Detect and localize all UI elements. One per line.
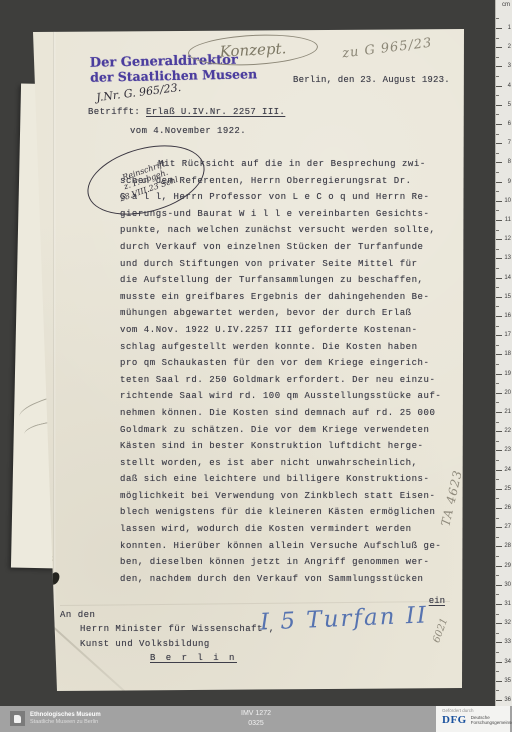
subject-line: Betrifft: Erlaß U.IV.Nr. 2257 III. <box>88 107 285 117</box>
ruler-tick <box>496 57 499 58</box>
ruler-tick-label: 36 <box>504 697 511 703</box>
subject-label: Betrifft: <box>88 107 146 117</box>
address-line: An den <box>60 608 275 622</box>
ruler-tick <box>496 412 502 413</box>
ruler-tick <box>496 114 499 115</box>
ruler-tick-label: 8 <box>508 159 511 165</box>
ruler-tick-label: 28 <box>504 543 511 549</box>
ruler-tick-label: 4 <box>508 83 511 89</box>
ruler-tick <box>496 134 499 135</box>
typed-line: ben, dieselben können jetzt in Angriff g… <box>120 554 450 571</box>
ruler-tick <box>496 402 499 403</box>
ruler-tick <box>496 86 502 87</box>
ruler-tick <box>496 614 499 615</box>
ruler-tick <box>496 383 499 384</box>
ruler-tick-label: 32 <box>504 620 511 626</box>
ruler-tick <box>496 662 502 663</box>
ruler-tick <box>496 239 502 240</box>
ruler-tick <box>496 498 499 499</box>
paper-hole <box>48 571 62 587</box>
ruler-tick-label: 14 <box>504 275 511 281</box>
ruler-tick <box>496 306 499 307</box>
ruler-tick <box>496 556 499 557</box>
typed-line: blech wenigstens für die kleineren Käste… <box>120 504 450 521</box>
address-line: Herrn Minister für Wissenschaft-, <box>80 622 275 637</box>
typed-line: schen dem Referenten, Herrn Oberregierun… <box>120 173 450 190</box>
ruler-tick <box>496 393 502 394</box>
ruler-tick <box>496 566 502 567</box>
ruler-tick <box>496 671 499 672</box>
typed-line: gierungs-und Baurat W i l l e vereinbart… <box>120 206 450 223</box>
ruler-tick <box>496 162 502 163</box>
typed-line: stellt worden, es ist aber nicht unwahrs… <box>120 455 450 472</box>
ruler-tick-label: 33 <box>504 639 511 645</box>
ruler-tick-label: 16 <box>504 313 511 319</box>
ruler-tick-label: 21 <box>504 409 511 415</box>
dfg-logo: DFG <box>442 714 467 726</box>
ruler-tick <box>496 518 499 519</box>
ruler-tick <box>496 153 499 154</box>
ruler-tick-label: 19 <box>504 371 511 377</box>
ruler-tick <box>496 489 502 490</box>
ruler-tick <box>496 220 502 221</box>
address-line: Kunst und Volksbildung <box>80 637 275 652</box>
dfg-credit-panel: Gefördert durch DFG Deutsche Forschungsg… <box>436 706 510 732</box>
date-line: Berlin, den 23. August 1923. <box>293 75 450 85</box>
address-block: An den Herrn Minister für Wissenschaft-,… <box>58 608 275 665</box>
typed-line: durch Verkauf von einzelnen Stücken der … <box>120 239 450 256</box>
ruler-unit-label: cm <box>502 2 510 8</box>
ruler-tick <box>496 316 502 317</box>
shelfmark-page: 0325 <box>241 719 271 729</box>
ruler-tick-label: 18 <box>504 351 511 357</box>
ruler-tick <box>496 297 502 298</box>
typed-line: daß sich eine leichtere und billigere Ko… <box>120 471 450 488</box>
typed-line: lassen wird, wodurch die Kosten verminde… <box>120 521 450 538</box>
ruler-tick-label: 30 <box>504 582 511 588</box>
address-city: B e r l i n <box>150 651 275 665</box>
ruler-tick <box>496 546 502 547</box>
typed-line: konnten. Hierüber können allein Versuche… <box>120 538 450 555</box>
ruler-tick-label: 31 <box>504 601 511 607</box>
ruler-tick <box>496 105 502 106</box>
ruler-tick <box>496 47 502 48</box>
ruler-tick-label: 9 <box>508 179 511 185</box>
ruler-tick <box>496 278 502 279</box>
typed-line: die Aufstellung der Turfansammlungen zu … <box>120 272 450 289</box>
ruler-tick <box>496 479 499 480</box>
typed-line: den, nachdem durch den Verkauf von Samml… <box>120 571 450 588</box>
ruler-tick <box>496 450 502 451</box>
shelfmark: IMV 1272 0325 <box>241 709 271 729</box>
typed-line: richtende Saal wird rd. 100 qm Ausstellu… <box>120 388 450 405</box>
subject-line2: vom 4.November 1922. <box>130 126 246 136</box>
ruler-tick <box>496 470 502 471</box>
ruler-tick <box>496 700 502 701</box>
ruler-tick-label: 29 <box>504 563 511 569</box>
blue-pencil-annotation: I 5 Turfan II <box>260 602 429 635</box>
typed-line: Kästen sind in bester Konstruktion luftd… <box>120 438 450 455</box>
ruler-tick <box>496 374 502 375</box>
ruler-tick <box>496 268 499 269</box>
scan-ruler: cm 1234567891011121314151617181920212223… <box>495 0 512 732</box>
archive-footer-bar: Ethnologisches Museum Staatliche Museen … <box>0 706 512 732</box>
ruler-tick <box>496 76 499 77</box>
ruler-tick-label: 10 <box>504 198 511 204</box>
ruler-tick <box>496 345 499 346</box>
ruler-tick <box>496 354 502 355</box>
ruler-tick-label: 17 <box>504 332 511 338</box>
ruler-tick <box>496 201 502 202</box>
ruler-tick <box>496 585 502 586</box>
ruler-tick <box>496 594 499 595</box>
ruler-tick <box>496 124 502 125</box>
ruler-tick-label: 1 <box>508 25 511 31</box>
page-crease <box>53 29 56 691</box>
ruler-tick-label: 22 <box>504 428 511 434</box>
museum-logo-icon <box>10 711 25 726</box>
shelfmark-id: IMV 1272 <box>241 709 271 719</box>
ruler-tick-label: 5 <box>508 102 511 108</box>
typed-line: und durch Stiftungen von privater Seite … <box>120 256 450 273</box>
typed-line: nehmen können. Die Kosten sind demnach a… <box>120 405 450 422</box>
typed-line: Mit Rücksicht auf die in der Besprechung… <box>120 156 450 173</box>
typed-body: Mit Rücksicht auf die in der Besprechung… <box>120 156 450 587</box>
typed-line: schlag aufgestellt werden konnte. Die Ko… <box>120 339 450 356</box>
typed-line: G a l l, Herrn Professor von L e C o q u… <box>120 189 450 206</box>
ruler-tick <box>496 633 499 634</box>
ruler-tick <box>496 172 499 173</box>
typed-line: möglichkeit bei Verwendung von Zinkblech… <box>120 488 450 505</box>
ruler-tick-label: 2 <box>508 44 511 50</box>
ruler-tick <box>496 642 502 643</box>
ruler-tick <box>496 623 502 624</box>
ruler-tick <box>496 28 502 29</box>
scan-view: { "scan": { "ruler": { "unit": "cm", "ma… <box>0 0 512 732</box>
ruler-tick-label: 27 <box>504 524 511 530</box>
typed-line: teten Saal rd. 250 Goldmark erfordert. D… <box>120 372 450 389</box>
ruler-tick <box>496 182 502 183</box>
ruler-tick <box>496 18 499 19</box>
ruler-tick <box>496 287 499 288</box>
ruler-tick <box>496 364 499 365</box>
ruler-tick-label: 13 <box>504 255 511 261</box>
ruler-tick-label: 15 <box>504 294 511 300</box>
ruler-tick <box>496 249 499 250</box>
museum-identity: Ethnologisches Museum Staatliche Museen … <box>10 711 101 726</box>
typed-line: mühungen abgewartet werden, bevor der du… <box>120 305 450 322</box>
typed-line: musste ein greifbares Ergebnis der dahin… <box>120 289 450 306</box>
ruler-tick-label: 20 <box>504 390 511 396</box>
museum-parent: Staatliche Museen zu Berlin <box>30 719 101 726</box>
document-page: Der Generaldirektor der Staatlichen Muse… <box>30 29 464 691</box>
museum-name: Ethnologisches Museum <box>30 712 101 719</box>
typed-line: pro qm Schaukasten für den vor dem Krieg… <box>120 355 450 372</box>
ruler-tick <box>496 143 502 144</box>
funded-by-label: Gefördert durch <box>442 708 474 713</box>
ruler-tick <box>496 258 502 259</box>
typed-line: vom 4.Nov. 1922 U.IV.2257 III geforderte… <box>120 322 450 339</box>
ruler-tick <box>496 191 499 192</box>
ruler-tick <box>496 460 499 461</box>
ruler-tick-label: 12 <box>504 236 511 242</box>
ruler-tick <box>496 575 499 576</box>
ruler-tick <box>496 230 499 231</box>
ruler-tick <box>496 681 502 682</box>
ruler-tick-label: 11 <box>505 217 511 223</box>
ruler-tick <box>496 95 499 96</box>
ruler-tick <box>496 66 502 67</box>
ruler-tick-label: 3 <box>508 63 511 69</box>
ruler-tick <box>496 38 499 39</box>
ruler-tick <box>496 335 502 336</box>
typed-line: Goldmark zu schätzen. Die vor dem Kriege… <box>120 422 450 439</box>
ruler-tick-label: 7 <box>508 140 511 146</box>
ruler-tick-label: 34 <box>504 659 511 665</box>
ruler-tick-label: 35 <box>504 678 511 684</box>
ruler-tick-label: 25 <box>504 486 511 492</box>
konzept-annotation: Konzept. <box>187 32 318 69</box>
ruler-tick <box>496 431 502 432</box>
ruler-tick <box>496 537 499 538</box>
ruler-tick-label: 24 <box>504 467 511 473</box>
ruler-tick <box>496 441 499 442</box>
ruler-tick <box>496 652 499 653</box>
typed-line: punkte, nach welchen zunächst versucht w… <box>120 222 450 239</box>
ruler-tick-label: 26 <box>504 505 511 511</box>
ruler-tick <box>496 326 499 327</box>
margin-number-note: 6021 <box>431 617 450 645</box>
ruler-tick <box>496 690 499 691</box>
ruler-tick <box>496 210 499 211</box>
subject-reference: Erlaß U.IV.Nr. 2257 III. <box>146 107 285 117</box>
ruler-tick <box>496 604 502 605</box>
ruler-tick <box>496 508 502 509</box>
file-ref-annotation: zu G 965/23 <box>341 36 433 62</box>
ruler-tick-label: 23 <box>504 447 511 453</box>
ruler-tick-label: 6 <box>508 121 511 127</box>
ruler-tick <box>496 422 499 423</box>
ruler-tick <box>496 527 502 528</box>
